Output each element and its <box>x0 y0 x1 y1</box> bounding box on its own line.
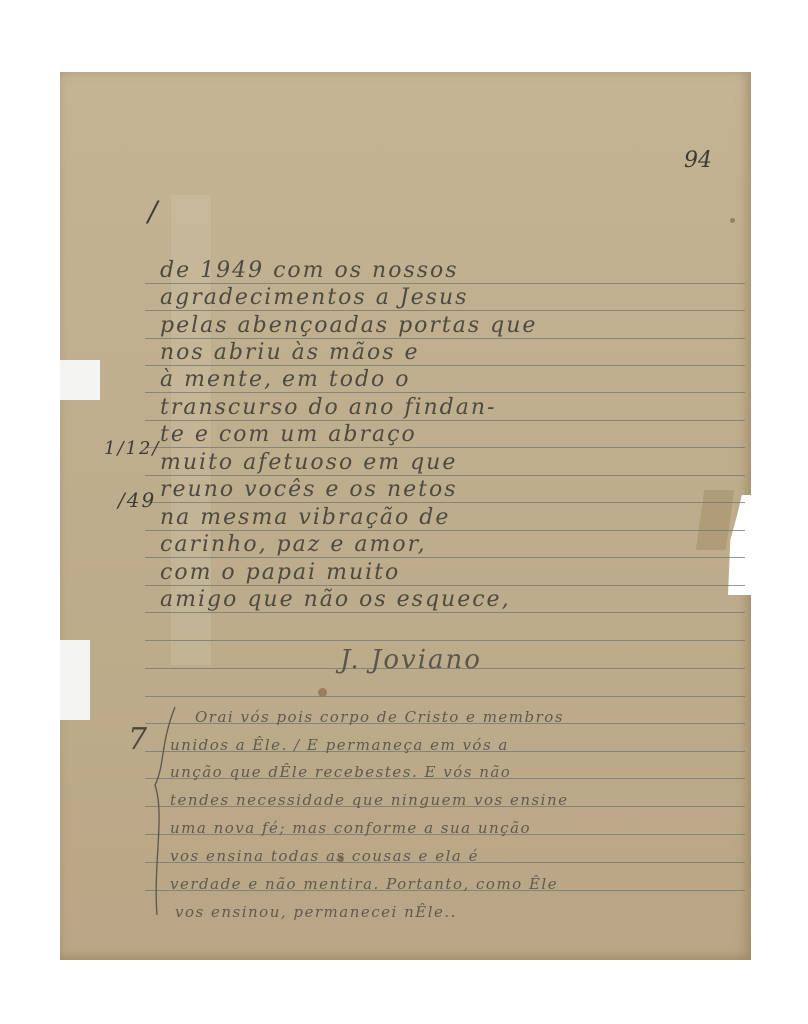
ruled-line <box>145 310 745 311</box>
ruled-line <box>145 283 745 284</box>
ruled-line <box>145 502 745 503</box>
text-line: carinho, paz e amor, <box>160 532 427 557</box>
scripture-line: Orai vós pois corpo de Cristo e membros <box>195 708 564 726</box>
text-line: te e com um abraço <box>160 422 417 447</box>
margin-date-year: /49 <box>118 488 156 512</box>
text-line: amigo que não os esquece, <box>160 587 511 612</box>
text-line: agradecimentos a Jesus <box>160 285 468 310</box>
text-line: com o papai muito <box>160 560 400 585</box>
ruled-line <box>145 557 745 558</box>
ruled-line <box>145 392 745 393</box>
scripture-line: uma nova fé; mas conforme a sua unção <box>170 819 531 837</box>
text-line: nos abriu às mãos e <box>160 340 420 365</box>
ruled-line <box>145 475 745 476</box>
signature: J. Joviano <box>340 645 482 675</box>
torn-edge-upper <box>60 360 100 400</box>
stain-spot <box>730 218 735 223</box>
text-line: na mesma vibração de <box>160 505 450 530</box>
text-line: transcurso do ano findan- <box>160 395 496 420</box>
scripture-line: tendes necessidade que ninguem vos ensin… <box>170 791 569 809</box>
ruled-line <box>145 696 745 697</box>
torn-edge-lower <box>60 640 90 720</box>
text-line: à mente, em todo o <box>160 367 411 392</box>
ruled-line <box>145 612 745 613</box>
ruled-line <box>145 585 745 586</box>
margin-date-day-month: 1/12/ <box>104 438 161 459</box>
text-line: pelas abençoadas portas que <box>160 313 537 338</box>
scripture-line: vos ensina todas as cousas e ela é <box>170 847 479 865</box>
text-line: reuno vocês e os netos <box>160 477 458 502</box>
scripture-line: vos ensinou, permanecei nÊle.. <box>175 903 457 921</box>
text-line: muito afetuoso em que <box>160 450 457 475</box>
ruled-line <box>145 640 745 641</box>
text-line: de 1949 com os nossos <box>160 258 459 283</box>
ruled-line <box>145 365 745 366</box>
scripture-line: verdade e não mentira. Portanto, como Êl… <box>170 875 558 893</box>
scripture-line: unidos a Êle. / E permaneça em vós a <box>170 736 509 754</box>
top-slash-mark: / <box>148 195 159 228</box>
ruled-line <box>145 420 745 421</box>
page-number: 94 <box>684 148 712 173</box>
ruled-line <box>145 447 745 448</box>
ruled-line <box>145 530 745 531</box>
scripture-line: unção que dÊle recebestes. E vós não <box>170 763 511 781</box>
ruled-line <box>145 338 745 339</box>
